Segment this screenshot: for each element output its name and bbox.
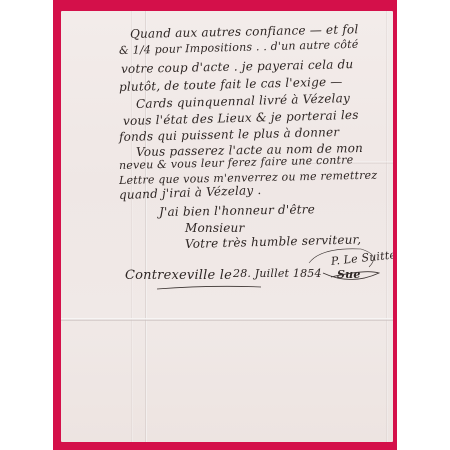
handwritten-letter-page: Quand aux autres confiance — et fol & 1/…	[61, 11, 393, 442]
underline-flourishes	[61, 11, 393, 442]
